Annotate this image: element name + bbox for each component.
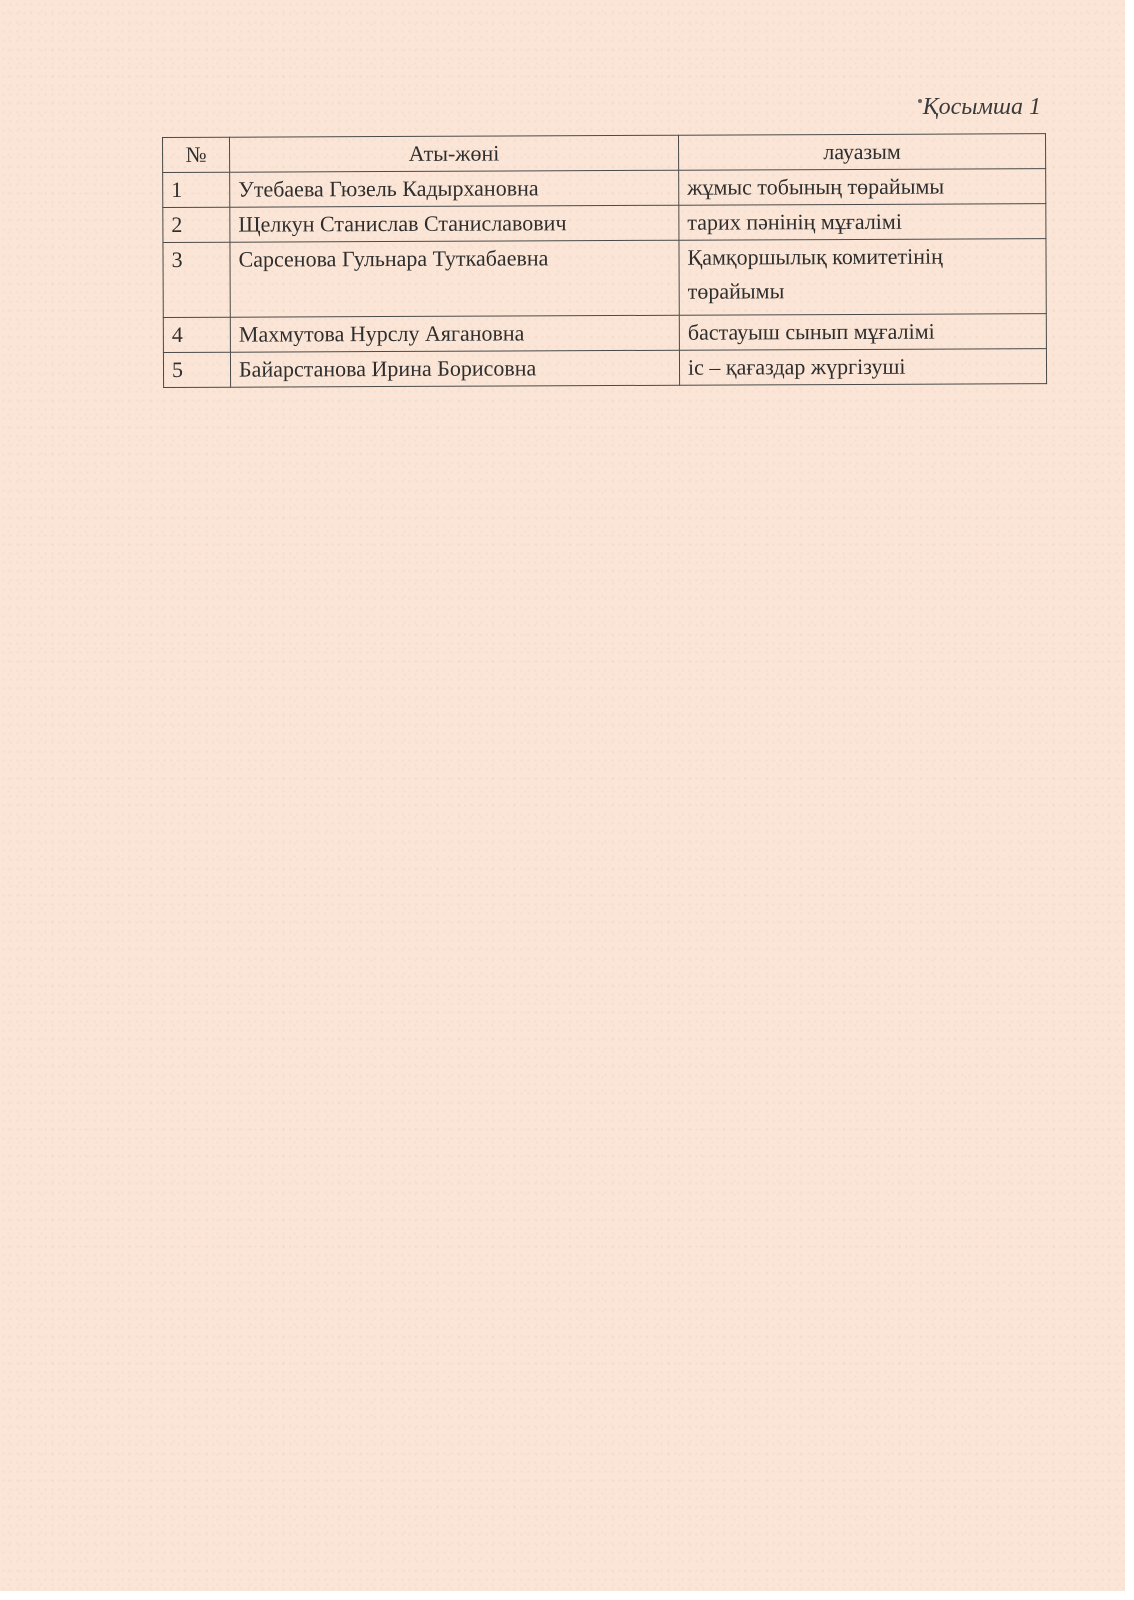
- row-number: 5: [163, 352, 230, 387]
- row-number: 4: [163, 317, 230, 352]
- row-position: Қамқоршылық комитетінің төрайымы: [679, 239, 1046, 316]
- table-row: 3 Сарсенова Гульнара Туткабаевна Қамқорш…: [163, 239, 1046, 318]
- header-full-name: Аты-жөні: [230, 135, 679, 172]
- row-name: Щелкун Станислав Станиславович: [230, 205, 679, 242]
- row-number: 2: [163, 207, 230, 242]
- table-header-row: № Аты-жөні лауазым: [163, 134, 1046, 173]
- row-name: Сарсенова Гульнара Туткабаевна: [230, 240, 679, 317]
- row-name: Утебаева Гюзель Кадырхановна: [230, 170, 679, 207]
- table-row: 4 Махмутова Нурслу Аягановна бастауыш сы…: [163, 314, 1046, 353]
- row-number: 3: [163, 242, 230, 317]
- row-number: 1: [163, 172, 230, 207]
- members-table: № Аты-жөні лауазым 1 Утебаева Гюзель Кад…: [162, 133, 1047, 388]
- row-position: тарих пәнінің мұғалімі: [679, 204, 1046, 241]
- table-row: 5 Байарстанова Ирина Борисовна іс – қаға…: [163, 349, 1046, 388]
- table-row: 2 Щелкун Станислав Станиславович тарих п…: [163, 204, 1046, 243]
- scan-speck: [918, 99, 922, 103]
- row-position: жұмыс тобының төрайымы: [679, 169, 1046, 206]
- members-table-wrapper: № Аты-жөні лауазым 1 Утебаева Гюзель Кад…: [162, 133, 1047, 388]
- header-number: №: [163, 137, 230, 172]
- annex-label: Қосымша 1: [923, 94, 1041, 121]
- row-name: Махмутова Нурслу Аягановна: [230, 315, 679, 352]
- row-position: бастауыш сынып мұғалімі: [679, 314, 1046, 351]
- table-row: 1 Утебаева Гюзель Кадырхановна жұмыс тоб…: [163, 169, 1046, 208]
- header-position: лауазым: [678, 134, 1045, 171]
- row-position: іс – қағаздар жүргізуші: [679, 349, 1046, 386]
- document-page: Қосымша 1 № Аты-жөні лауазым 1 Утебаева …: [0, 0, 1125, 1591]
- row-name: Байарстанова Ирина Борисовна: [230, 350, 679, 387]
